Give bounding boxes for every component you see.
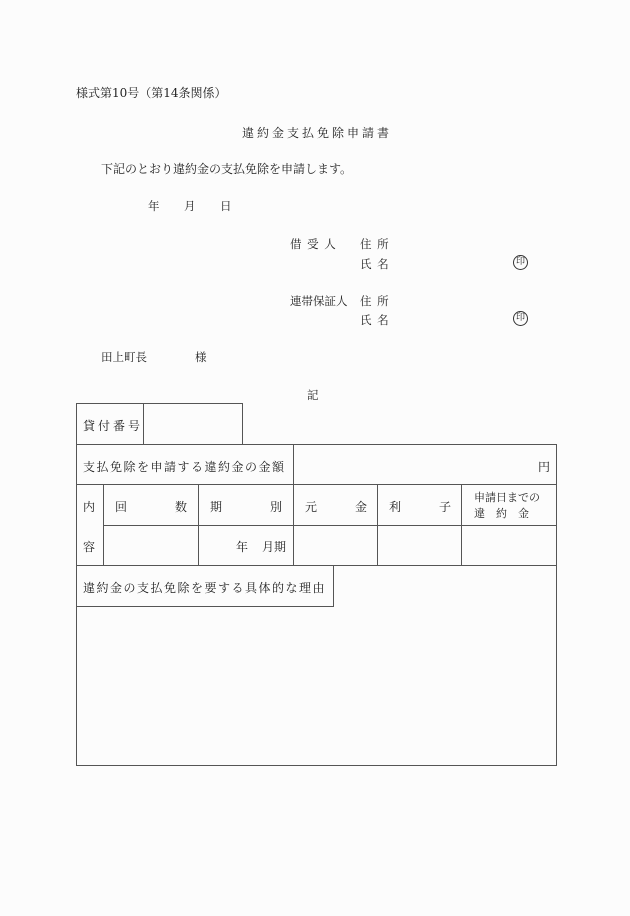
header-penalty-line2: 違 約 金 bbox=[474, 505, 529, 521]
borrower-role: 借 受 人 bbox=[290, 236, 337, 252]
content-label-top: 内 bbox=[83, 498, 95, 515]
guarantor-name-label: 氏 名 bbox=[360, 312, 390, 328]
header-interest-left: 利 bbox=[389, 498, 401, 515]
seal-icon: 印 bbox=[513, 311, 528, 326]
addressee-name: 田上町長 bbox=[101, 349, 147, 365]
loan-number-input[interactable] bbox=[144, 404, 242, 444]
amount-input[interactable] bbox=[294, 445, 556, 484]
header-period-left: 期 bbox=[210, 498, 222, 515]
page-title: 違約金支払免除申請書 bbox=[242, 124, 392, 141]
date-month-field[interactable]: 月 bbox=[184, 198, 196, 214]
guarantor-role: 連帯保証人 bbox=[290, 293, 348, 309]
header-count-right: 数 bbox=[175, 498, 187, 515]
penalty-input[interactable] bbox=[462, 526, 556, 565]
date-year-field[interactable]: 年 bbox=[148, 198, 160, 214]
header-penalty-line1: 申請日までの bbox=[474, 489, 540, 505]
guarantor-address-label: 住 所 bbox=[360, 293, 390, 309]
header-principal-right: 金 bbox=[355, 498, 367, 515]
date-day-field[interactable]: 日 bbox=[220, 198, 232, 214]
period-year: 年 bbox=[236, 538, 248, 555]
form-number: 様式第10号（第14条関係） bbox=[76, 84, 227, 101]
addressee-honorific: 様 bbox=[195, 349, 207, 365]
reason-label: 違約金の支払免除を要する具体的な理由 bbox=[83, 579, 326, 596]
note-heading: 記 bbox=[307, 387, 319, 403]
seal-icon: 印 bbox=[513, 255, 528, 270]
interest-input[interactable] bbox=[378, 526, 461, 565]
intro-text: 下記のとおり違約金の支払免除を申請します。 bbox=[101, 160, 352, 177]
amount-label: 支払免除を申請する違約金の金額 bbox=[83, 458, 286, 475]
borrower-name-label: 氏 名 bbox=[360, 256, 390, 272]
borrower-address-label: 住 所 bbox=[360, 236, 390, 252]
period-month: 月期 bbox=[262, 538, 286, 555]
header-count-left: 回 bbox=[115, 498, 127, 515]
principal-input[interactable] bbox=[294, 526, 377, 565]
reason-textarea[interactable] bbox=[77, 607, 556, 765]
loan-number-label: 貸付番号 bbox=[83, 417, 143, 434]
header-interest-right: 子 bbox=[439, 498, 451, 515]
header-period-right: 別 bbox=[270, 498, 282, 515]
amount-unit: 円 bbox=[538, 458, 550, 475]
count-input[interactable] bbox=[104, 526, 198, 565]
content-label-bottom: 容 bbox=[83, 538, 95, 555]
header-principal-left: 元 bbox=[305, 498, 317, 515]
